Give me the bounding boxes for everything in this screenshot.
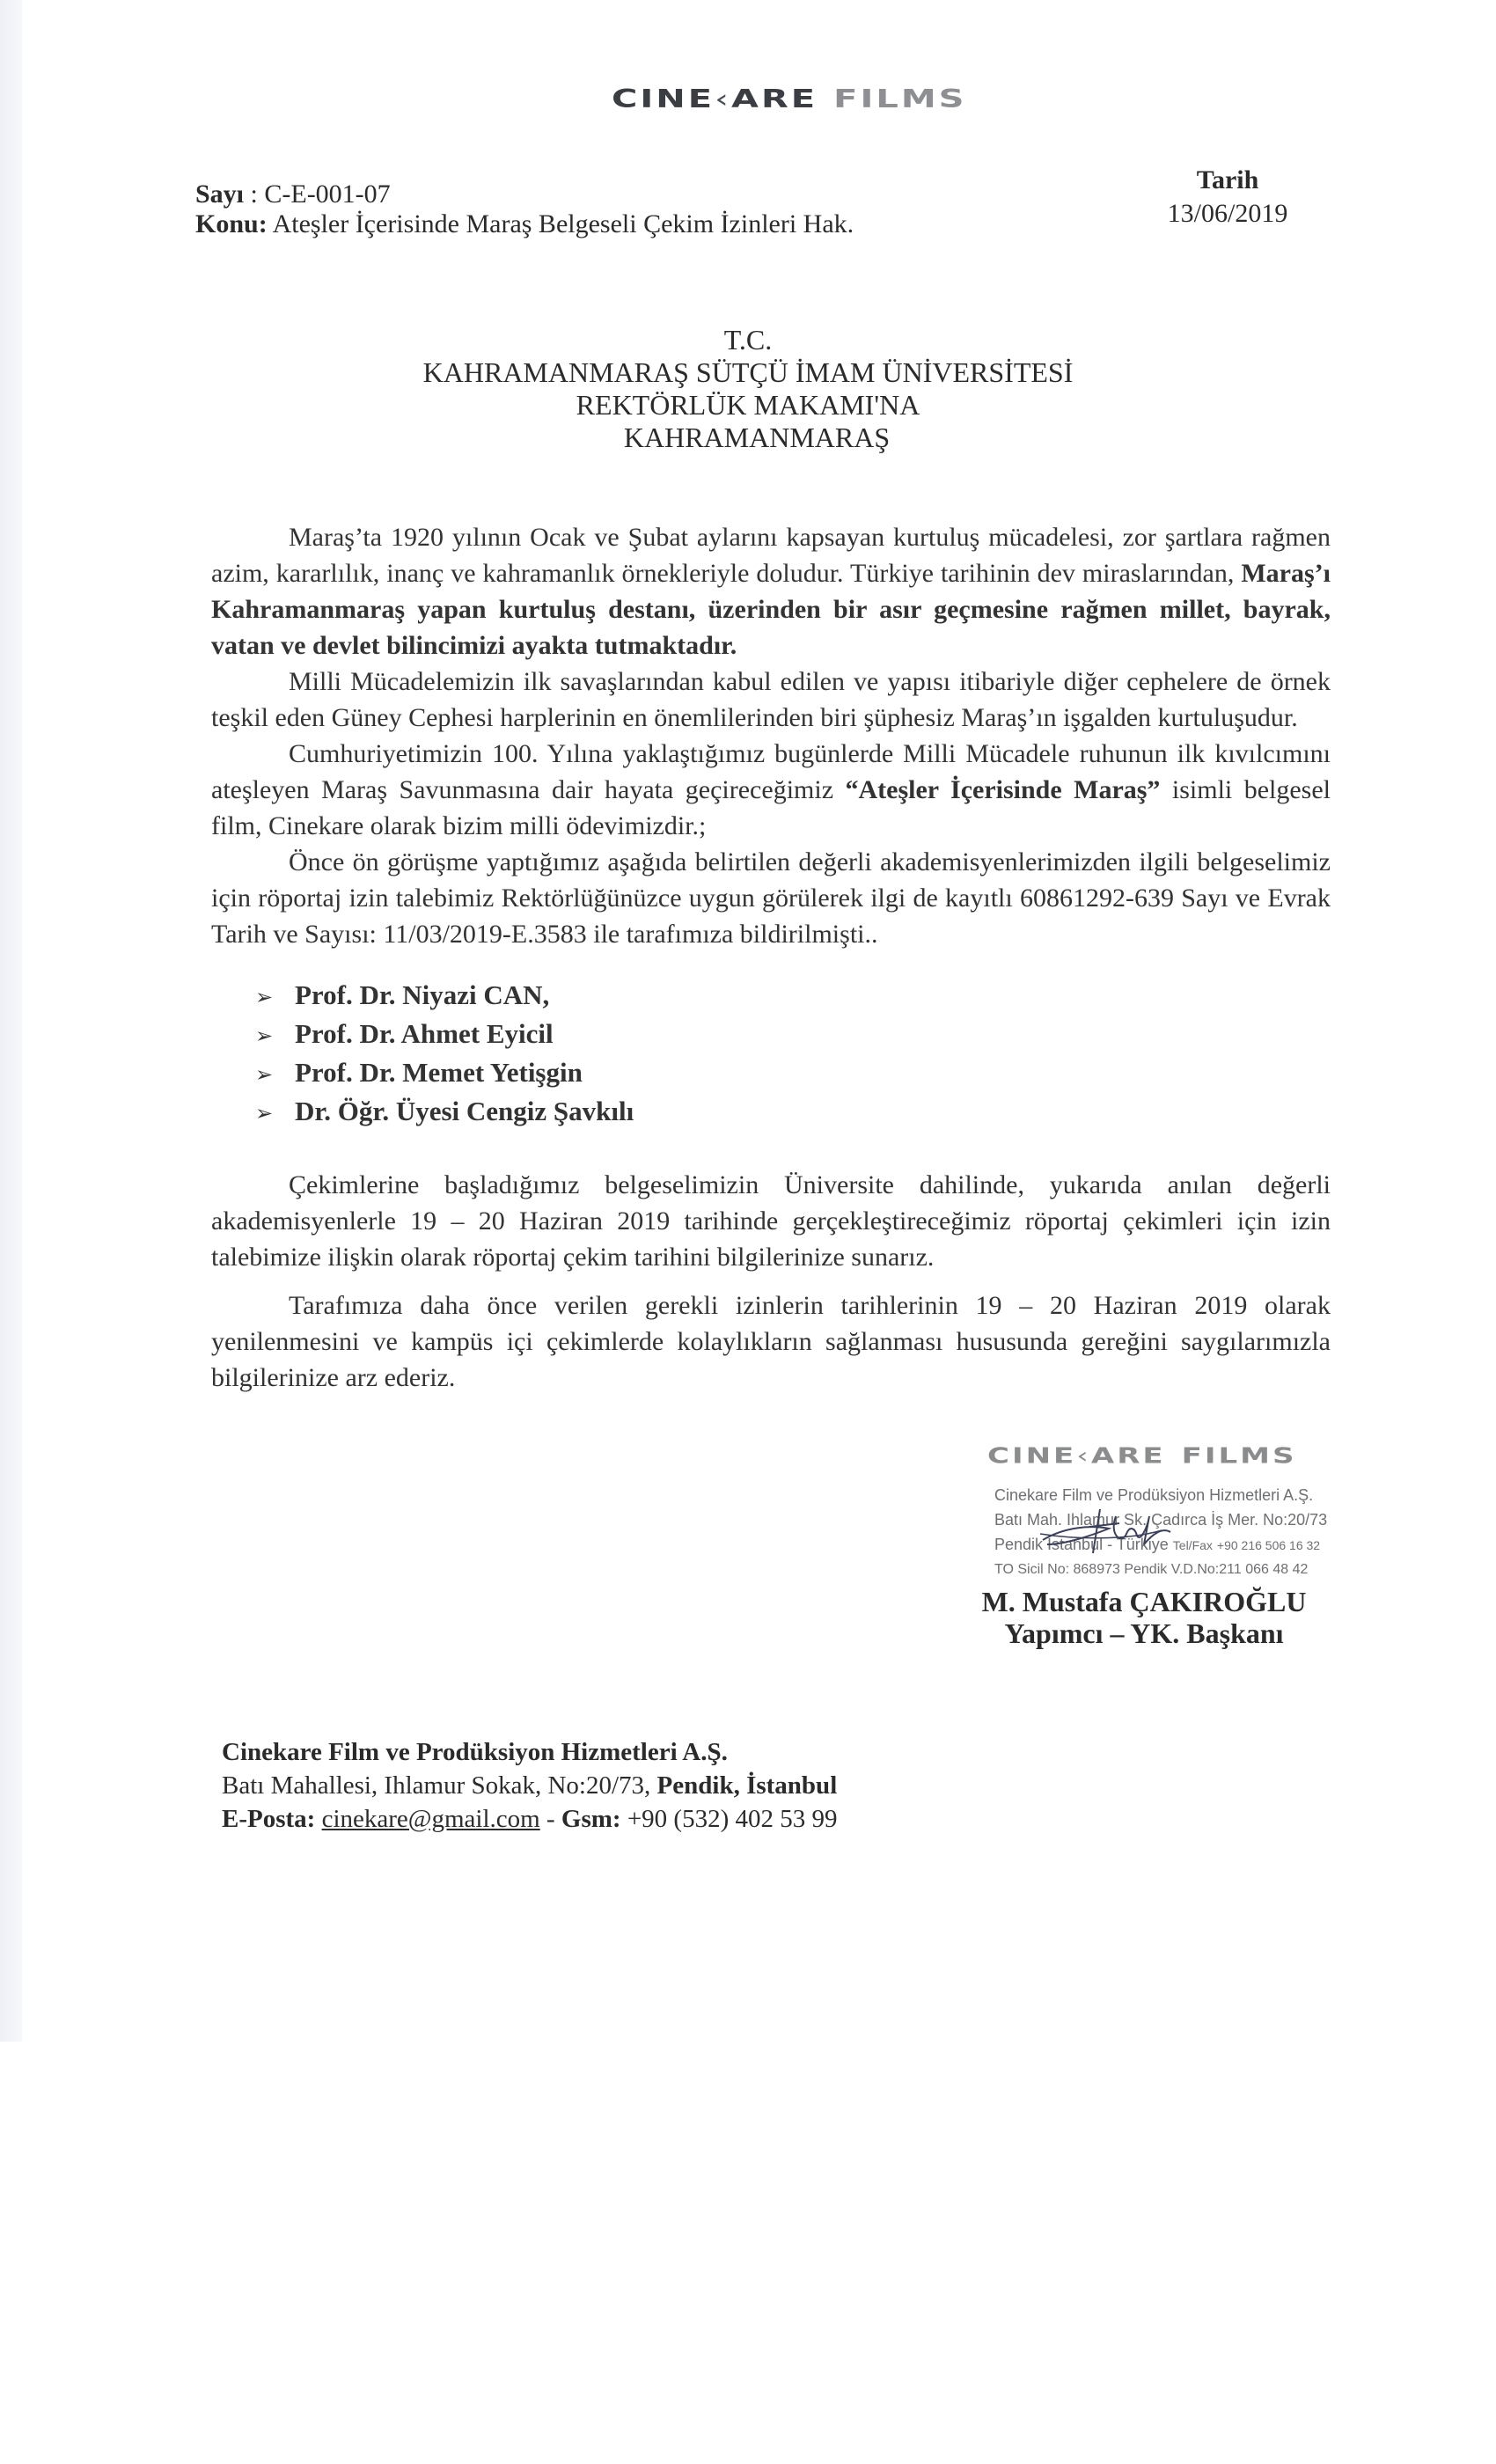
- film-title: “Ateşler İçerisinde Maraş”: [845, 775, 1160, 804]
- paragraph-5: Çekimlerine başladığımız belgeselimizin …: [211, 1167, 1331, 1275]
- list-item: ➢Prof. Dr. Memet Yetişgin: [255, 1054, 1331, 1093]
- list-item: ➢Prof. Dr. Ahmet Eyicil: [255, 1016, 1331, 1054]
- footer-contact-line: E-Posta: cinekare@gmail.com - Gsm: +90 (…: [222, 1802, 837, 1836]
- logo-text-cine: CINE: [612, 84, 715, 114]
- konu-value: Ateşler İçerisinde Maraş Belgeseli Çekim…: [273, 209, 854, 238]
- paragraph-2: Milli Mücadelemizin ilk savaşlarından ka…: [211, 664, 1331, 736]
- footer-address: Batı Mahallesi, Ihlamur Sokak, No:20/73,…: [222, 1769, 837, 1802]
- gsm-label: Gsm:: [561, 1805, 621, 1833]
- list-item: ➢Dr. Öğr. Üyesi Cengiz Şavkılı: [255, 1093, 1331, 1132]
- scan-edge-shadow: [0, 0, 22, 2042]
- addressee-line-1: T.C.: [264, 324, 1232, 356]
- paragraph-4: Önce ön görüşme yaptığımız aşağıda belir…: [211, 844, 1331, 952]
- date-value: 13/06/2019: [1166, 197, 1289, 231]
- subject-line: Konu: Ateşler İçerisinde Maraş Belgeseli…: [195, 209, 854, 239]
- paragraph-3: Cumhuriyetimizin 100. Yılına yaklaştığım…: [211, 736, 1331, 844]
- sayi-value: : C-E-001-07: [251, 180, 391, 209]
- letterhead-logo: CINE‹AREFILMS: [612, 84, 966, 114]
- email-link[interactable]: cinekare@gmail.com: [322, 1805, 540, 1833]
- handwritten-signature-icon: [1038, 1500, 1197, 1562]
- konu-label: Konu:: [195, 209, 268, 238]
- stamp-logo: CINE‹AREFILMS: [987, 1443, 1297, 1469]
- logo-text-are: ARE: [731, 84, 818, 114]
- letter-body: Maraş’ta 1920 yılının Ocak ve Şubat ayla…: [211, 519, 1331, 1396]
- addressee-line-2: KAHRAMANMARAŞ SÜTÇÜ İMAM ÜNİVERSİTESİ: [264, 356, 1232, 389]
- email-label: E-Posta:: [222, 1805, 315, 1833]
- addressee-line-4: KAHRAMANMARAŞ: [264, 422, 1232, 454]
- date-block: Tarih 13/06/2019: [1166, 164, 1289, 231]
- addressee-line-3: REKTÖRLÜK MAKAMI'NA: [264, 389, 1232, 422]
- logo-chevron-icon: ‹: [715, 84, 731, 114]
- signer-name: M. Mustafa ÇAKIROĞLU: [968, 1586, 1320, 1617]
- gsm-value: +90 (532) 402 53 99: [627, 1805, 838, 1833]
- reference-number: Sayı : C-E-001-07: [195, 180, 854, 209]
- signer-block: M. Mustafa ÇAKIROĞLU Yapımcı – YK. Başka…: [968, 1586, 1320, 1649]
- addressee-block: T.C. KAHRAMANMARAŞ SÜTÇÜ İMAM ÜNİVERSİTE…: [264, 324, 1232, 454]
- logo-text-films: FILMS: [833, 84, 966, 114]
- footer-contact: Cinekare Film ve Prodüksiyon Hizmetleri …: [222, 1735, 837, 1836]
- signer-title: Yapımcı – YK. Başkanı: [968, 1617, 1320, 1649]
- paragraph-1: Maraş’ta 1920 yılının Ocak ve Şubat ayla…: [211, 519, 1331, 664]
- list-item: ➢Prof. Dr. Niyazi CAN,: [255, 977, 1331, 1016]
- academics-list: ➢Prof. Dr. Niyazi CAN, ➢Prof. Dr. Ahmet …: [211, 977, 1331, 1132]
- date-label: Tarih: [1197, 165, 1259, 194]
- paragraph-6: Tarafımıza daha önce verilen gerekli izi…: [211, 1287, 1331, 1396]
- footer-company: Cinekare Film ve Prodüksiyon Hizmetleri …: [222, 1738, 728, 1766]
- arrow-bullet-icon: ➢: [255, 1096, 295, 1132]
- arrow-bullet-icon: ➢: [255, 979, 295, 1016]
- arrow-bullet-icon: ➢: [255, 1057, 295, 1093]
- logo-chevron-icon: ‹: [1076, 1443, 1091, 1469]
- arrow-bullet-icon: ➢: [255, 1018, 295, 1054]
- sayi-label: Sayı: [195, 180, 244, 209]
- reference-block: Sayı : C-E-001-07 Konu: Ateşler İçerisin…: [195, 180, 854, 239]
